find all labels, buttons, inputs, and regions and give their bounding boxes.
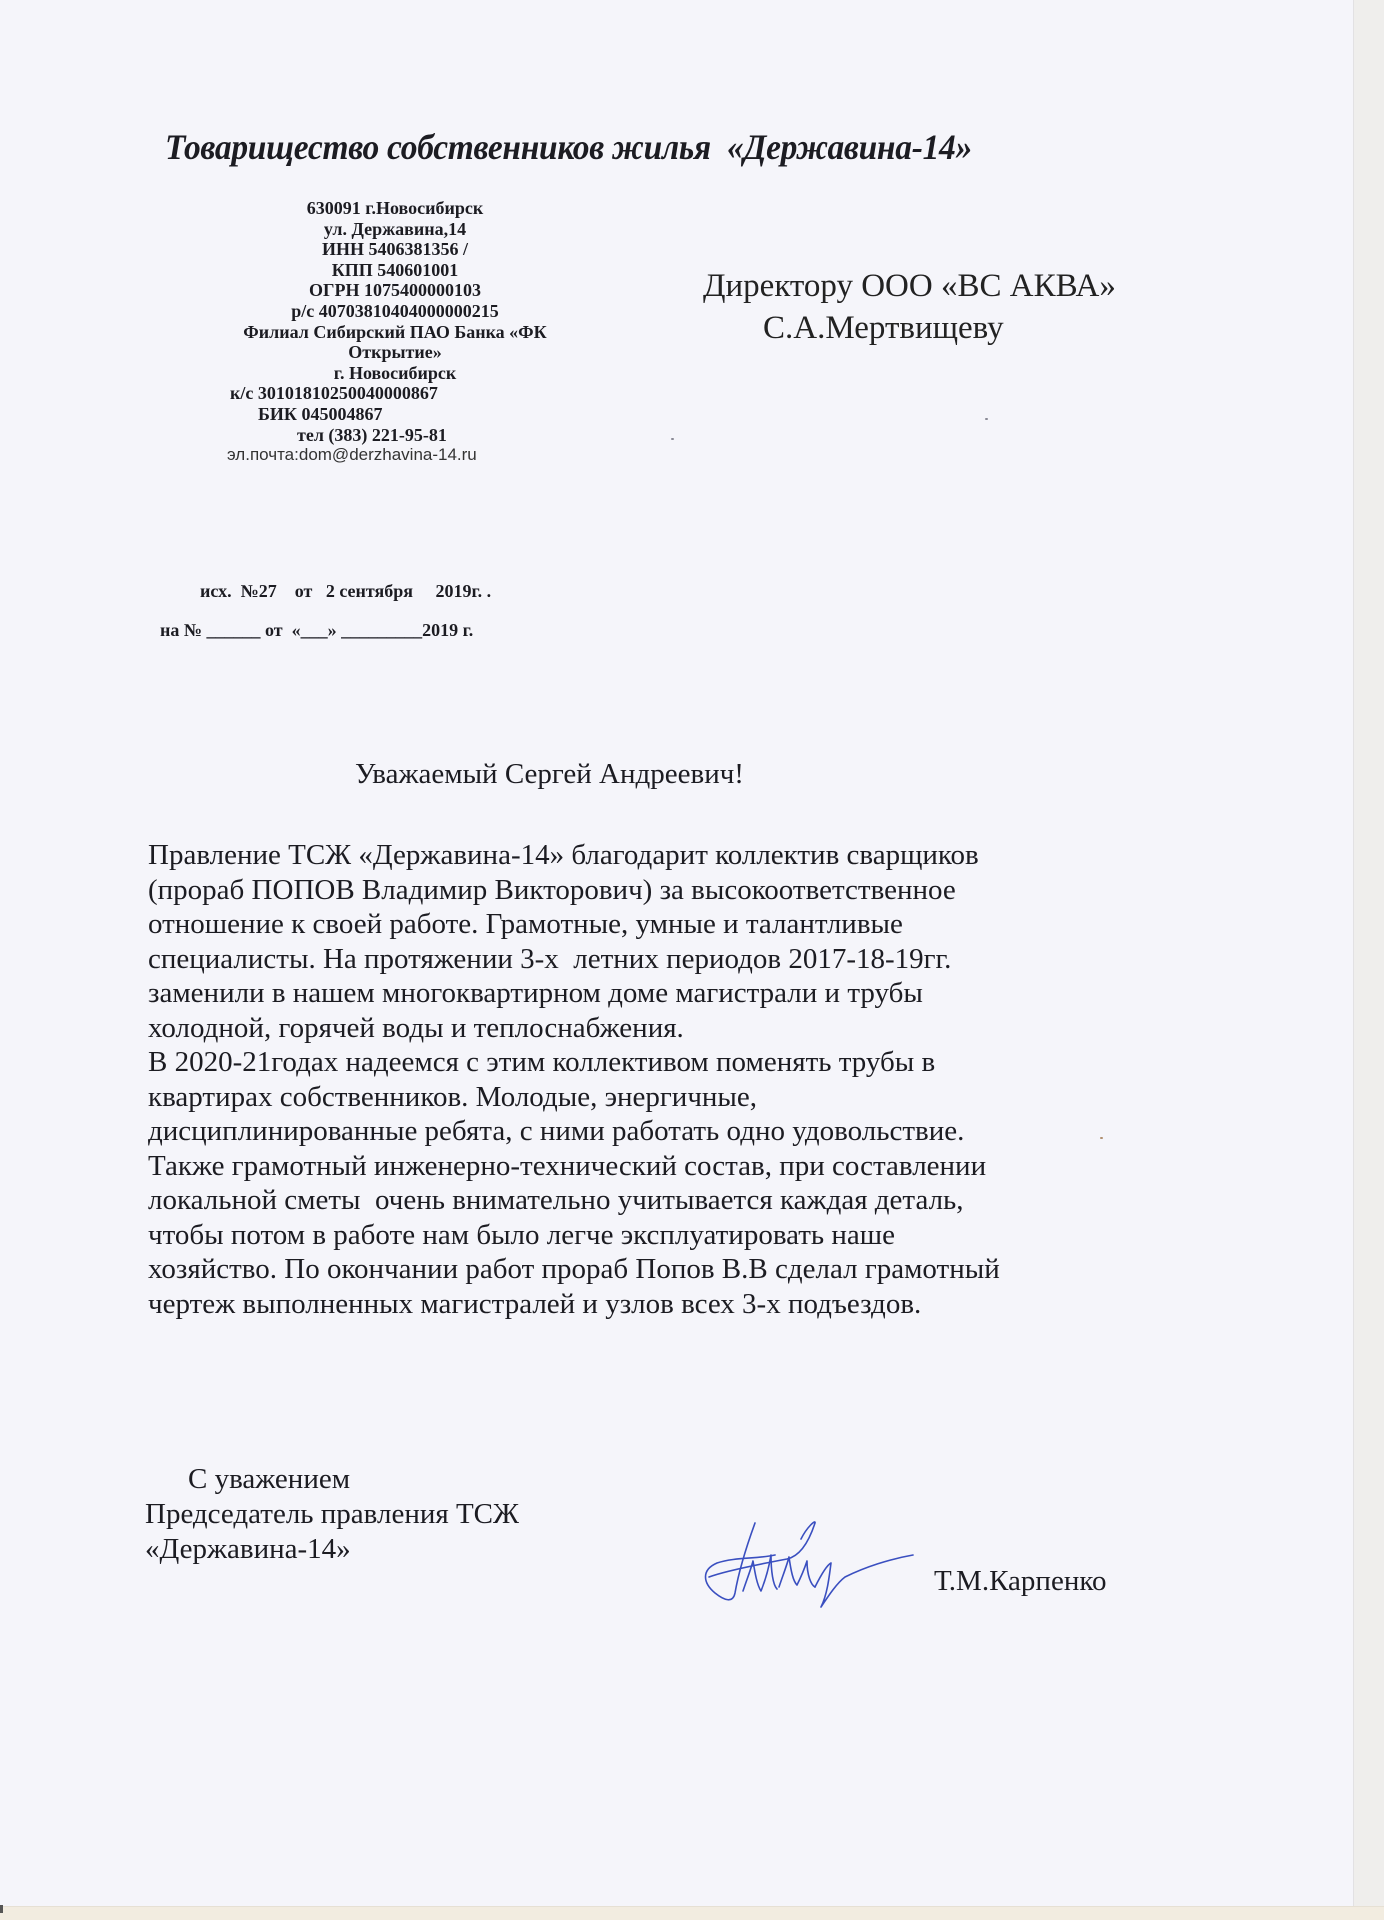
body-line: квартирах собственников. Молодые, энерги…	[148, 1080, 1268, 1115]
scan-edge-right	[1353, 0, 1384, 1920]
body-line: отношение к своей работе. Грамотные, умн…	[148, 907, 1268, 942]
closing-regards: С уважением	[145, 1462, 519, 1497]
body-line: Правление ТСЖ «Державина-14» благодарит …	[148, 838, 1268, 873]
requisite-account: р/с 40703810404000000215	[180, 301, 610, 322]
requisite-postal-address: 630091 г.Новосибирск	[180, 198, 610, 219]
requisite-bank-cont: Открытие»	[180, 342, 610, 363]
body-line: В 2020-21годах надеемся с этим коллектив…	[148, 1045, 1268, 1080]
requisite-kpp: КПП 540601001	[180, 260, 610, 281]
requisite-bank-city: г. Новосибирск	[180, 363, 610, 384]
body-line: заменили в нашем многоквартирном доме ма…	[148, 976, 1268, 1011]
requisite-street: ул. Державина,14	[180, 219, 610, 240]
body-line: холодной, горячей воды и теплоснабжения.	[148, 1011, 1268, 1046]
scan-mark	[0, 1905, 3, 1913]
scan-edge-bottom	[0, 1906, 1384, 1920]
scan-speck	[985, 418, 988, 420]
requisite-inn: ИНН 5406381356 /	[180, 239, 610, 260]
requisite-ogrn: ОГРН 1075400000103	[180, 280, 610, 301]
outgoing-reference: исх. №27 от 2 сентября 2019г. .	[200, 581, 491, 602]
handwritten-signature-icon	[695, 1515, 915, 1615]
closing-block: С уважением Председатель правления ТСЖ «…	[145, 1462, 519, 1567]
requisite-bank: Филиал Сибирский ПАО Банка «ФК	[180, 322, 610, 343]
scan-speck	[671, 438, 674, 440]
incoming-reference: на № ______ от «___» _________2019 г.	[160, 620, 473, 641]
body-line: чтобы потом в работе нам было легче эксп…	[148, 1218, 1268, 1253]
addressee-block: Директору ООО «ВС АКВА» С.А.Мертвищеву	[703, 265, 1116, 349]
organization-title: Товарищество собственников жилья «Держав…	[165, 126, 972, 168]
signer-name: Т.М.Карпенко	[934, 1565, 1106, 1598]
body-line: чертеж выполненных магистралей и узлов в…	[148, 1287, 1268, 1322]
requisite-corr-account: к/с 30101810250040000867	[180, 383, 610, 404]
requisite-email: эл.почта:dom@derzhavina-14.ru	[180, 445, 610, 466]
signer-role: Председатель правления ТСЖ	[145, 1497, 519, 1532]
addressee-position: Директору ООО «ВС АКВА»	[703, 268, 1116, 304]
body-line: хозяйство. По окончании работ прораб Поп…	[148, 1252, 1268, 1287]
letter-body: Правление ТСЖ «Державина-14» благодарит …	[148, 838, 1268, 1321]
addressee-name: С.А.Мертвищеву	[703, 307, 1116, 349]
requisite-phone: тел (383) 221-95-81	[180, 425, 610, 446]
requisite-bik: БИК 045004867	[180, 404, 610, 425]
body-line: специалисты. На протяжении 3-х летних пе…	[148, 942, 1268, 977]
body-line: (прораб ПОПОВ Владимир Викторович) за вы…	[148, 873, 1268, 908]
signer-organization: «Державина-14»	[145, 1532, 519, 1567]
salutation: Уважаемый Сергей Андреевич!	[355, 758, 744, 791]
body-line: локальной сметы очень внимательно учитыв…	[148, 1183, 1268, 1218]
body-line: Также грамотный инженерно-технический со…	[148, 1149, 1268, 1184]
body-line: дисциплинированные ребята, с ними работа…	[148, 1114, 1268, 1149]
organization-requisites: 630091 г.Новосибирск ул. Державина,14 ИН…	[180, 198, 610, 466]
